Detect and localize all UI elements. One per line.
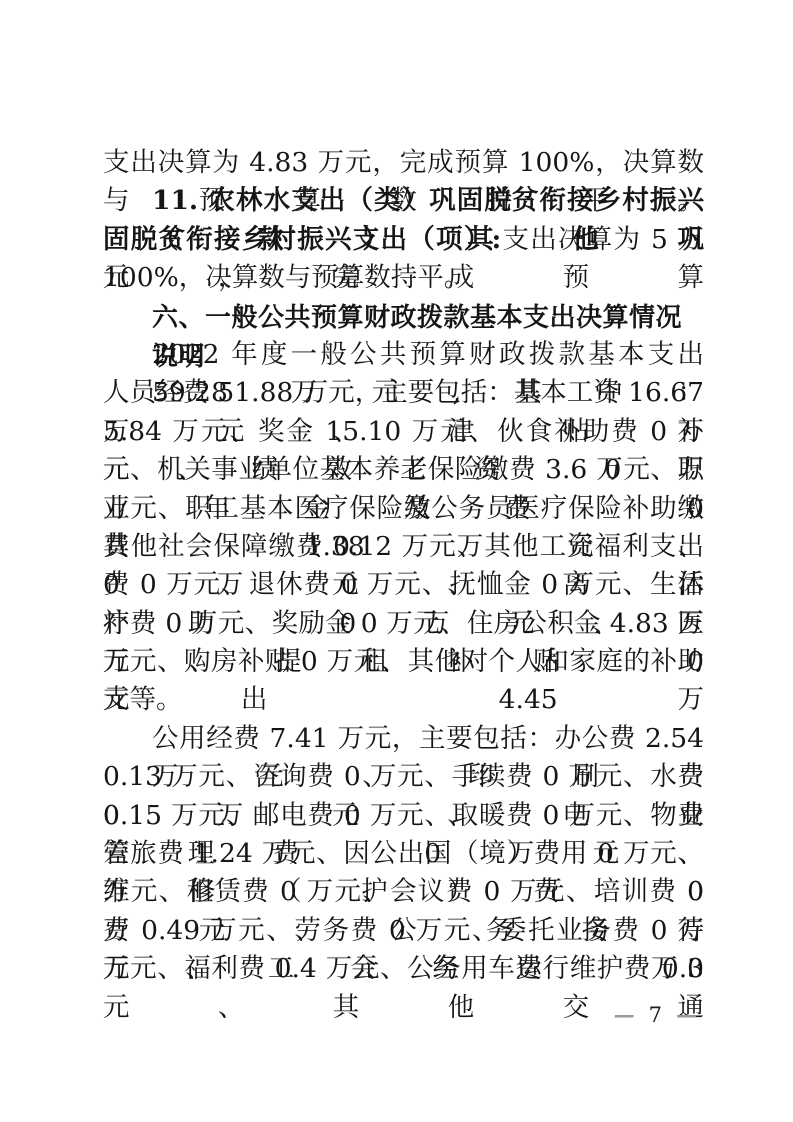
text-line: 费 0 万元、退休费 0 万元、抚恤金 0 万元、生活补助 0 万元、医	[103, 566, 704, 604]
text-line: 人员经费 51.88 万元，主要包括：基本工资 16.67 万元、津贴补	[103, 374, 704, 412]
document-page: 支出决算为 4.83 万元，完成预算 100%，决算数与预算数持平。11. 农林…	[0, 0, 793, 1122]
text-line: 元、机关事业单位基本养老保险缴费 3.6 万元、职业年金缴费 0	[103, 451, 704, 489]
text-line: 万元、购房补贴 0 万元、其他对个人和家庭的补助支出 4.45 万	[103, 643, 704, 681]
text-line: 疗费 0 万元、奖励金 0 万元、住房公积金 4.83 万元、提租补贴 0	[103, 605, 704, 643]
text-line: 万元、福利费 0.4 万元、公务用车运行维护费万 0 元、其他交通	[103, 950, 704, 988]
text-line: 2022 年度一般公共预算财政拨款基本支出 59.28 万元,其中：	[103, 336, 704, 374]
text-line: 费 0.49 万元、劳务费 0 万元、委托业务费 0 万元、工会经费 0.3	[103, 912, 704, 950]
text-line: 其他社会保障缴费 0.12 万元、其他工资福利支出 0 万元、离休	[103, 528, 704, 566]
text-line: 11. 农林水支出（类）巩固脱贫衔接乡村振兴（款）其他巩	[103, 182, 704, 220]
page-number-dash-right: —	[676, 1002, 697, 1027]
text-line: 差旅费 1.24 万元、因公出国（境）费用 0 万元、维修（护）费 0	[103, 835, 704, 873]
text-line: 六、一般公共预算财政拨款基本支出决算情况说明	[103, 298, 704, 336]
text-segment: 万元、购房补贴 0 万元、其他对个人和家庭的补助支出 4.45 万	[103, 646, 704, 715]
text-line: 万元、职工基本医疗保险及公务员医疗保险补助缴费 1.38 万元、	[103, 490, 704, 528]
text-line: 万元、租赁费 0 万元、会议费 0 万元、培训费 0 万元、公务接待	[103, 873, 704, 911]
text-line: 固脱贫衔接乡村振兴支出（项）:支出决算为 5 万元，完成预算	[103, 221, 704, 259]
page-body-text: 支出决算为 4.83 万元，完成预算 100%，决算数与预算数持平。11. 农林…	[103, 144, 704, 989]
text-line: 公用经费 7.41 万元，主要包括：办公费 2.54 万元、印刷费	[103, 720, 704, 758]
text-line: 5.84 万元、奖金 15.10 万元、伙食补助费 0 万元、绩效工资 0 万	[103, 413, 704, 451]
text-segment: 元等。	[103, 684, 183, 715]
page-number-dash-left: —	[614, 1002, 635, 1027]
text-segment: 固脱贫衔接乡村振兴支出（项）:	[103, 224, 501, 255]
text-line: 0.13 万元、咨询费 0 万元、手续费 0 万元、水费 0 万元、电费	[103, 758, 704, 796]
text-segment: 100%，决算数与预算数持平。	[103, 262, 470, 293]
page-footer: —7—	[614, 1000, 697, 1030]
text-line: 支出决算为 4.83 万元，完成预算 100%，决算数与预算数持平。	[103, 144, 704, 182]
text-line: 0.15 万元、邮电费 0 万元、取暖费 0 万元、物业管理费 0 万元、	[103, 797, 704, 835]
page-number: 7	[649, 1003, 662, 1027]
